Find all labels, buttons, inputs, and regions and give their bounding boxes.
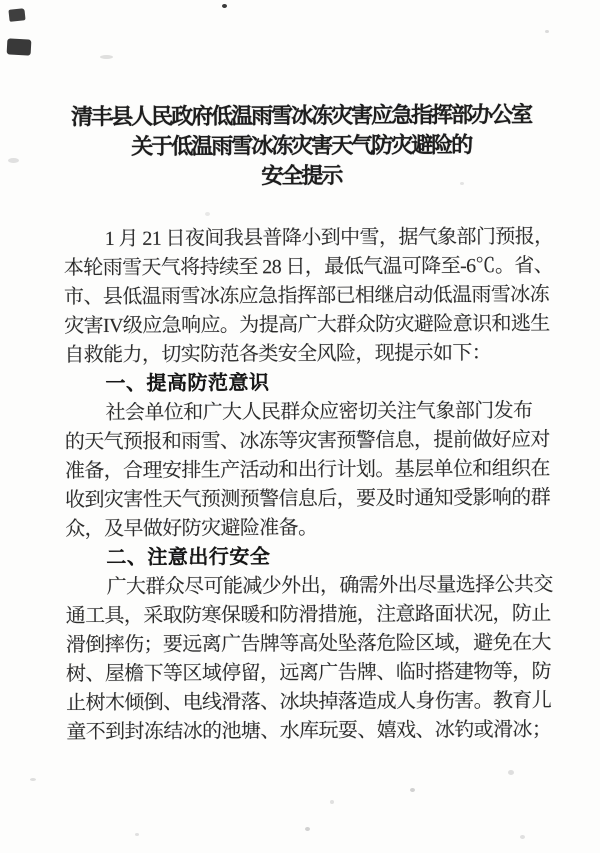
- title-line-2: 关于低温雨雪冰冻灾害天气防灾避险的: [63, 130, 539, 162]
- paragraph-line: 滑倒摔伤；要远离广告牌等高处坠落危险区域，避免在大: [66, 629, 542, 660]
- scan-speck: [520, 835, 525, 839]
- paragraph-line: 树、屋檐下等区域停留，远离广告牌、临时搭建物等，防: [66, 658, 542, 689]
- paragraph-section-1: 社会单位和广大人民群众应密切关注气象部门发布 的天气预报和雨雪、冰冻等灾害预警信…: [65, 397, 542, 544]
- scanned-document-page: 清丰县人民政府低温雨雪冰冻灾害应急指挥部办公室 关于低温雨雪冰冻灾害天气防灾避险…: [0, 0, 600, 853]
- title-line-1: 清丰县人民政府低温雨雪冰冻灾害应急指挥部办公室: [63, 100, 539, 132]
- section-heading-2: 二、注意出行安全: [65, 542, 541, 573]
- scan-speck: [545, 30, 549, 33]
- document-content: 清丰县人民政府低温雨雪冰冻灾害应急指挥部办公室 关于低温雨雪冰冻灾害天气防灾避险…: [63, 100, 542, 747]
- section-heading-1: 一、提高防范意识: [64, 368, 540, 399]
- paragraph-line: 众，及早做好防灾避险准备。: [65, 513, 541, 544]
- paragraph-line: 准备，合理安排生产活动和出行计划。基层单位和组织在: [65, 455, 541, 486]
- paragraph-line: 社会单位和广大人民群众应密切关注气象部门发布: [65, 397, 541, 428]
- scan-speck: [8, 158, 19, 163]
- paragraph-line: 广大群众尽可能减少外出，确需外出尽量选择公共交: [65, 571, 541, 602]
- paragraph-line: 通工具，采取防寒保暖和防滑措施，注意路面状况，防止: [66, 600, 542, 631]
- paragraph-line: 1 月 21 日夜间我县普降小到中雪，据气象部门预报，: [64, 223, 540, 254]
- paragraph-line: 的天气预报和雨雪、冰冻等灾害预警信息，提前做好应对: [65, 426, 541, 457]
- paragraph-line: 止树木倾倒、电线滑落、冰块掉落造成人身伤害。教育儿: [66, 687, 542, 718]
- scan-artifact-mark-bottom: [7, 38, 32, 55]
- scan-speck: [100, 55, 113, 59]
- paragraph-line: 市、县低温雨雪冰冻应急指挥部已相继启动低温雨雪冰冻: [64, 281, 540, 312]
- scan-speck: [135, 833, 139, 836]
- scan-speck: [305, 827, 310, 831]
- scan-artifact-mark-top: [8, 8, 25, 22]
- title-line-3: 安全提示: [63, 160, 539, 192]
- paragraph-line: 灾害IV级应急响应。为提高广大群众防灾避险意识和逃生: [64, 310, 540, 341]
- scan-speck: [508, 770, 514, 775]
- paragraph-intro: 1 月 21 日夜间我县普降小到中雪，据气象部门预报， 本轮雨雪天气将持续至 2…: [64, 223, 541, 370]
- scan-speck: [30, 778, 36, 781]
- paragraph-line: 收到灾害性天气预测预警信息后，要及时通知受影响的群: [65, 484, 541, 515]
- paragraph-section-2: 广大群众尽可能减少外出，确需外出尽量选择公共交 通工具，采取防寒保暖和防滑措施，…: [65, 571, 542, 747]
- paragraph-line: 童不到封冻结冰的池塘、水库玩耍、嬉戏、冰钓或滑冰；: [66, 716, 542, 747]
- paragraph-line: 自救能力，切实防范各类安全风险，现提示如下：: [64, 339, 540, 370]
- document-title: 清丰县人民政府低温雨雪冰冻灾害应急指挥部办公室 关于低温雨雪冰冻灾害天气防灾避险…: [63, 100, 539, 192]
- scan-speck: [330, 800, 334, 804]
- scan-speck: [410, 788, 415, 792]
- scan-speck: [222, 4, 227, 8]
- paragraph-line: 本轮雨雪天气将持续至 28 日，最低气温可降至-6℃。省、: [64, 252, 540, 283]
